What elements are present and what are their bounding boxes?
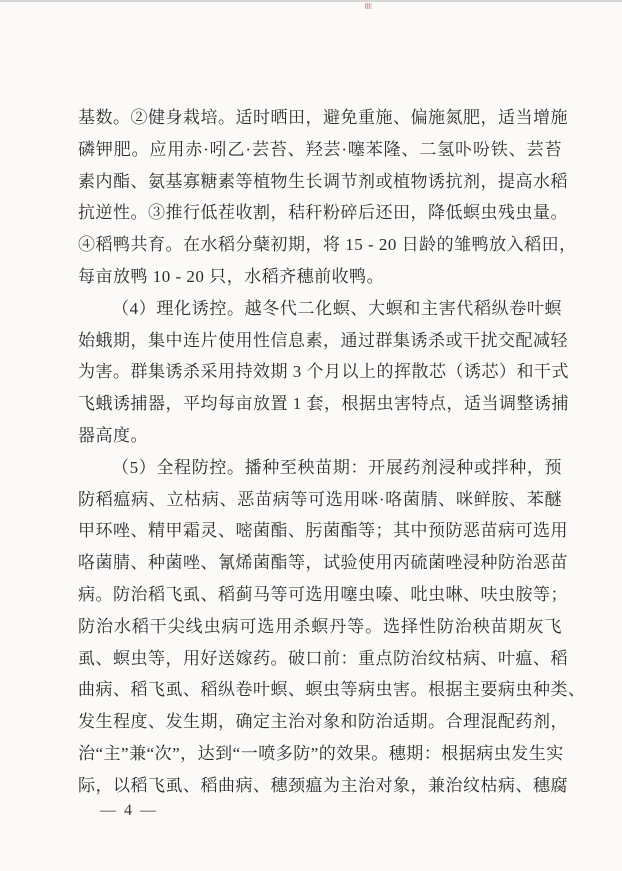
text-line: 飞蛾诱捕器，平均每亩放置 1 套，根据虫害特点，适当调整诱捕 — [78, 388, 562, 420]
text-line: 治“主”兼“次”，达到“一喷多防”的效果。穗期：根据病虫发生实 — [78, 738, 562, 770]
text-line: 病。防治稻飞虱、稻蓟马等可选用噻虫嗪、吡虫啉、呋虫胺等； — [78, 579, 562, 611]
text-line: 抗逆性。③推行低茬收割，秸秆粉碎后还田，降低螟虫残虫量。 — [78, 197, 562, 229]
text-line: 防治水稻干尖线虫病可选用杀螟丹等。选择性防治秧苗期灰飞 — [78, 611, 562, 643]
text-line: 虱、螟虫等，用好送嫁药。破口前：重点防治纹枯病、叶瘟、稻 — [78, 643, 562, 675]
red-speck-artifact — [365, 3, 372, 9]
text-line: 每亩放鸭 10 - 20 只，水稻齐穗前收鸭。 — [78, 261, 562, 293]
text-line: 器高度。 — [78, 420, 562, 452]
page-number: — 4 — — [100, 799, 158, 823]
text-line: 发生程度、发生期，确定主治对象和防治适期。合理混配药剂， — [78, 706, 562, 738]
text-line: 防稻瘟病、立枯病、恶苗病等可选用咪·咯菌腈、咪鲜胺、苯醚 — [78, 484, 562, 516]
text-line: 甲环唑、精甲霜灵、嘧菌酯、肟菌酯等；其中预防恶苗病可选用 — [78, 515, 562, 547]
text-line: 磷钾肥。应用赤·吲乙·芸苔、羟芸·噻苯隆、二氢卟吩铁、芸苔 — [78, 134, 562, 166]
text-line: 始蛾期，集中连片使用性信息素，通过群集诱杀或干扰交配减轻 — [78, 325, 562, 357]
text-line: （5）全程防控。播种至秧苗期：开展药剂浸种或拌种，预 — [78, 452, 562, 484]
text-line: 曲病、稻飞虱、稻纵卷叶螟、螟虫等病虫害。根据主要病虫种类、 — [78, 674, 562, 706]
document-page: 基数。②健身栽培。适时晒田，避免重施、偏施氮肥，适当增施 磷钾肥。应用赤·吲乙·… — [0, 0, 622, 871]
scan-edge — [0, 0, 622, 2]
body-text: 基数。②健身栽培。适时晒田，避免重施、偏施氮肥，适当增施 磷钾肥。应用赤·吲乙·… — [78, 102, 562, 802]
text-line: 咯菌腈、种菌唑、氰烯菌酯等，试验使用丙硫菌唑浸种防治恶苗 — [78, 547, 562, 579]
text-line: （4）理化诱控。越冬代二化螟、大螟和主害代稻纵卷叶螟 — [78, 293, 562, 325]
text-line: 为害。群集诱杀采用持效期 3 个月以上的挥散芯（诱芯）和干式 — [78, 356, 562, 388]
text-line: ④稻鸭共育。在水稻分蘖初期，将 15 - 20 日龄的雏鸭放入稻田， — [78, 229, 562, 261]
text-line: 际，以稻飞虱、稻曲病、穗颈瘟为主治对象，兼治纹枯病、穗腐 — [78, 770, 562, 802]
text-line: 素内酯、氨基寡糖素等植物生长调节剂或植物诱抗剂，提高水稻 — [78, 166, 562, 198]
text-line: 基数。②健身栽培。适时晒田，避免重施、偏施氮肥，适当增施 — [78, 102, 562, 134]
